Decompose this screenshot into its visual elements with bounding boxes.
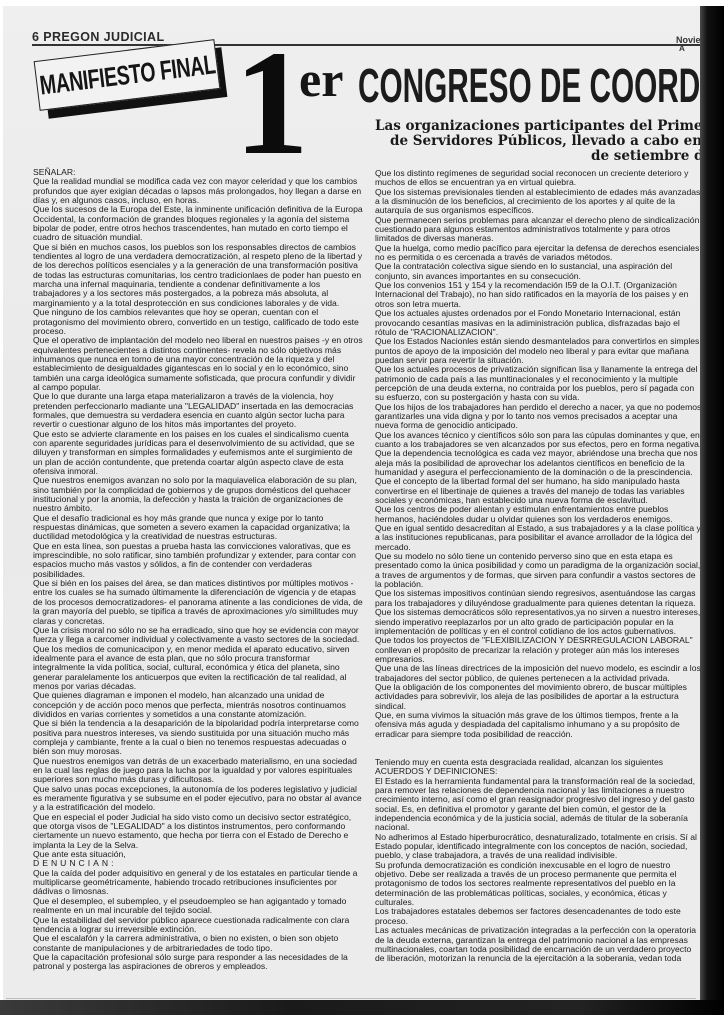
paragraph: Que los hijos de los trabajadores han pe… <box>375 403 703 431</box>
paragraph: Que si bién la tendencia a la desaparici… <box>33 719 363 756</box>
header-date-mark: A <box>679 44 685 53</box>
paragraph: Que el desafío tradicional es hoy más gr… <box>33 514 363 542</box>
paragraph: Que la obligación de los componentes del… <box>375 683 703 711</box>
spacer <box>375 739 703 758</box>
newspaper-page: 6 PREGON JUDICIAL Noviem A MANIFIESTO FI… <box>3 6 703 1001</box>
paragraph: Que en esta línea, son puestas a prueba … <box>33 542 363 579</box>
paragraph: Que todos los proyectos de "FLEXIBILIZAC… <box>375 636 703 664</box>
headline: CONGRESO DE COORDINAD <box>358 62 703 112</box>
paragraph: Las actuales mecánicas de privatización … <box>375 926 703 963</box>
page-edge-line <box>6 998 696 999</box>
left-column: SEÑALAR: Que la realidad mundial se modi… <box>33 168 363 972</box>
scan-shadow-right <box>700 6 724 1001</box>
paragraph: Que, en suma vivimos la situación más gr… <box>375 711 703 739</box>
paragraph: El Estado es la herramienta fundamental … <box>375 777 703 833</box>
paragraph: Que los distinto regímenes de seguridad … <box>375 169 703 188</box>
paragraph: Que salvo unas pocas excepciones, la aut… <box>33 785 363 813</box>
ordinal-suffix: er <box>299 54 343 104</box>
paragraph: Su profunda democratización es condición… <box>375 861 703 908</box>
subtitle-line: Las organizaciones participantes del Pri… <box>375 119 703 134</box>
scan-margin-bottom <box>0 1015 724 1024</box>
paragraph: Que esto se advierte claramente en los p… <box>33 430 363 477</box>
paragraph: Que los centros de poder alientan y esti… <box>375 505 703 524</box>
paragraph: Que si bién en muchos casos, los pueblos… <box>33 243 363 308</box>
paragraph: Que los convenios 151 y 154 y la recomen… <box>375 281 703 309</box>
subtitle: Las organizaciones participantes del Pri… <box>375 119 703 164</box>
paragraph: Que el operativo de implantación del mod… <box>33 336 363 392</box>
header-rule <box>32 44 703 46</box>
paragraph: Que si bién en los paises del área, se d… <box>33 579 363 626</box>
subtitle-line: de setiembre de 19 <box>375 149 703 164</box>
paragraph: Que los Estados Nacionles están siendo d… <box>375 337 703 365</box>
paragraph: Que permanecen serios problemas para alc… <box>375 216 703 244</box>
paragraph: Que los sucesos de la Europa del Este, l… <box>33 205 363 242</box>
paragraph: Que la dependencia tecnológica es cada v… <box>375 449 703 477</box>
paragraph: Que la realidad mundial se modifica cada… <box>33 177 363 205</box>
paragraph: Que en especial el poder Judicial ha sid… <box>33 813 363 850</box>
subtitle-line: de Servidores Públicos, llevado a cabo e… <box>375 134 703 149</box>
paragraph: Que en igual sentido desacreditan al Est… <box>375 524 703 552</box>
paragraph: Que la caída del poder adquisitivo en ge… <box>33 869 363 897</box>
section-header: 6 PREGON JUDICIAL <box>32 30 165 44</box>
paragraph: Que los actuales procesos de privatizaci… <box>375 365 703 402</box>
paragraph: Que el desempleo, el subempleo, y el pse… <box>33 897 363 916</box>
paragraph: Que una de las líneas directrices de la … <box>375 664 703 683</box>
paragraph: Que lo que durante una larga etapa mater… <box>33 392 363 429</box>
paragraph: Que los medios de comunicacipon y, en me… <box>33 645 363 692</box>
paragraph: Que los sistemas previsionales tienden a… <box>375 188 703 216</box>
paragraph: Que nuestros enemigos van detrás de un e… <box>33 757 363 785</box>
paragraph: Que los sistemas democráticos sólo repre… <box>375 608 703 636</box>
paragraph: Que la crisis moral no sólo no se ha err… <box>33 626 363 645</box>
paragraph: Que los actuales ajustes ordenados por e… <box>375 309 703 337</box>
paragraph: Que la contratación colectiva sigue sien… <box>375 262 703 281</box>
paragraph: Que los avances técnico y científicos só… <box>375 431 703 450</box>
paragraph: Que los sistemas impositivos continúan s… <box>375 589 703 608</box>
paragraph: Que la huelga, como medio pacífico para … <box>375 244 703 263</box>
paragraph: Que nuestros enemigos avanzan no solo po… <box>33 476 363 513</box>
paragraph: Los trabajadores estatales debemos ser f… <box>375 907 703 926</box>
paragraph: Que ninguno de los cambios relevantes qu… <box>33 308 363 336</box>
paragraph: No adherimos al Estado hiperburocrático,… <box>375 833 703 861</box>
paragraph: Que su modelo no sólo tiene un contenido… <box>375 552 703 589</box>
paragraph: Que el concepto de la libertad formal de… <box>375 477 703 505</box>
paragraph: Que quienes diagraman e imponen el model… <box>33 691 363 719</box>
paragraph: Que el escalafón y la carrera administra… <box>33 934 363 953</box>
ordinal-number: 1 <box>234 38 309 168</box>
right-column: Que los distinto regímenes de seguridad … <box>375 169 703 964</box>
paragraph: Que la capacitación profesional sólo sur… <box>33 953 363 972</box>
paragraph: Que la estabilidad del servidor público … <box>33 916 363 935</box>
headline-text: CONGRESO DE COORDINAD <box>358 62 703 112</box>
